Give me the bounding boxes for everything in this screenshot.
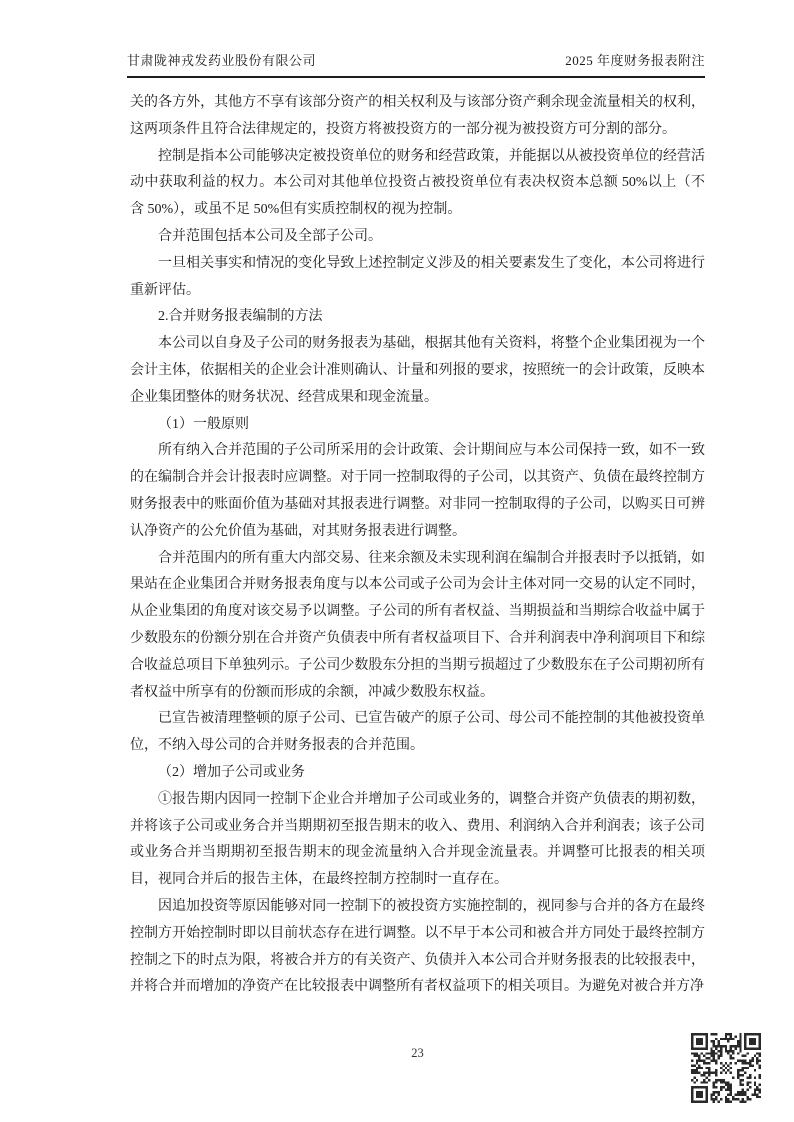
document-body: 关的各方外，其他方不享有该部分资产的相关权利及与该部分资产剩余现金流量相关的权利…: [130, 90, 705, 1001]
paragraph: 关的各方外，其他方不享有该部分资产的相关权利及与该部分资产剩余现金流量相关的权利…: [130, 90, 705, 144]
paragraph: 本公司以自身及子公司的财务报表为基础，根据其他有关资料，将整个企业集团视为一个会…: [130, 331, 705, 411]
qr-code-icon: [691, 1033, 761, 1103]
paragraph: 因追加投资等原因能够对同一控制下的被投资方实施控制的，视同参与合并的各方在最终控…: [130, 894, 705, 1001]
paragraph: 已宣告被清理整顿的原子公司、已宣告破产的原子公司、母公司不能控制的其他被投资单位…: [130, 706, 705, 760]
section-heading: 2.合并财务报表编制的方法: [130, 304, 705, 331]
document-page: 甘肃陇神戎发药业股份有限公司 2025 年度财务报表附注 关的各方外，其他方不享…: [0, 0, 794, 1122]
paragraph: 所有纳入合并范围的子公司所采用的会计政策、会计期间应与本公司保持一致，如不一致的…: [130, 438, 705, 545]
paragraph: 合并范围包括本公司及全部子公司。: [130, 224, 705, 251]
section-heading: （2）增加子公司或业务: [130, 760, 705, 787]
header-company-name: 甘肃陇神戎发药业股份有限公司: [127, 50, 316, 69]
page-number: 23: [130, 1046, 705, 1061]
paragraph: ①报告期内因同一控制下企业合并增加子公司或业务的，调整合并资产负债表的期初数，并…: [130, 787, 705, 894]
section-heading: （1）一般原则: [130, 412, 705, 439]
paragraph: 控制是指本公司能够决定被投资单位的财务和经营政策，并能据以从被投资单位的经营活动…: [130, 144, 705, 224]
paragraph: 合并范围内的所有重大内部交易、往来余额及未实现利润在编制合并报表时予以抵销，如果…: [130, 546, 705, 707]
paragraph: 一旦相关事实和情况的变化导致上述控制定义涉及的相关要素发生了变化，本公司将进行重…: [130, 251, 705, 305]
header-report-title: 2025 年度财务报表附注: [565, 50, 705, 69]
page-header: 甘肃陇神戎发药业股份有限公司 2025 年度财务报表附注: [127, 50, 705, 78]
